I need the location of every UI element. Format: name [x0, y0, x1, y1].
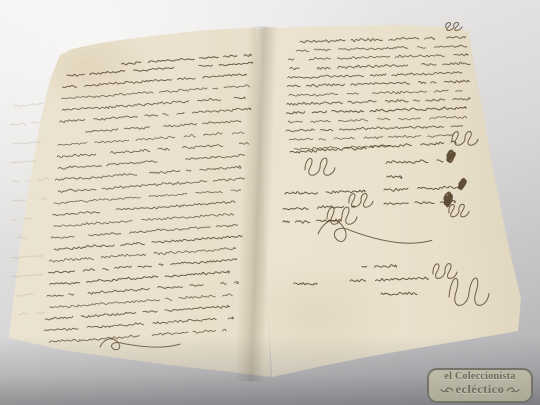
flourish-left-icon: [440, 386, 454, 394]
watermark-bottom-row: ecléctico: [429, 383, 531, 396]
photo-background: el Coleccionista ecléctico: [0, 0, 540, 405]
watermark-text-bottom: ecléctico: [456, 383, 505, 396]
watermark-logo: el Coleccionista ecléctico: [427, 368, 533, 403]
flourish-right-icon: [506, 386, 520, 394]
